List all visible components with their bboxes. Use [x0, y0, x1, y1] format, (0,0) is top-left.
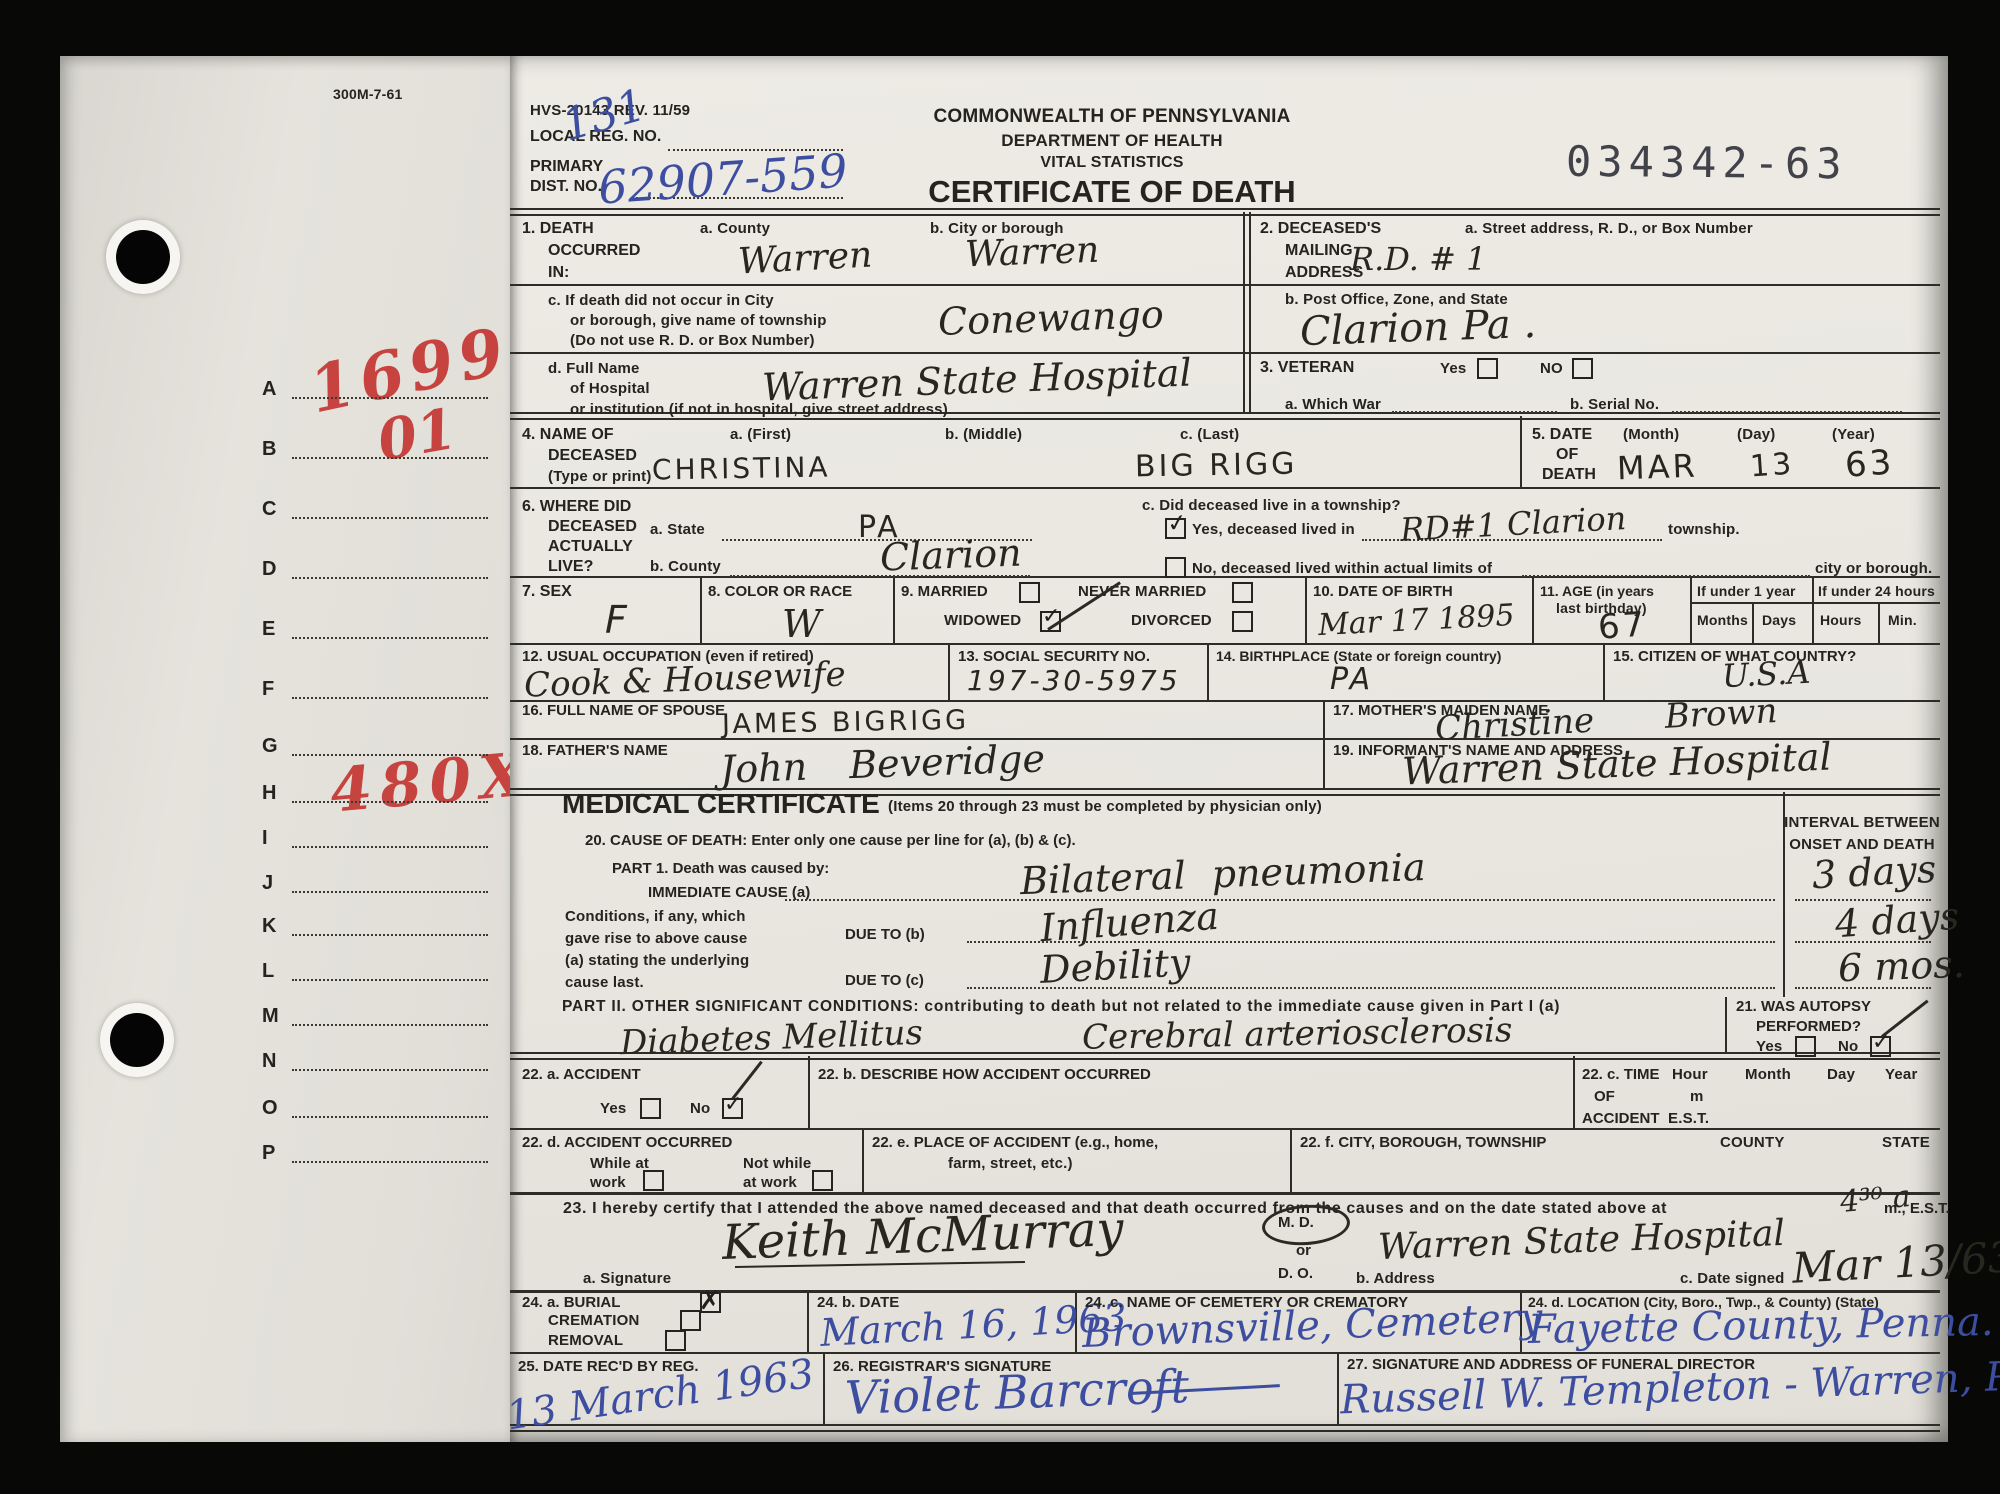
- rule: [510, 1128, 1940, 1130]
- dotted-rule: [292, 636, 488, 639]
- field-8-label: 8. COLOR OR RACE: [708, 583, 852, 600]
- margin-letter: G: [262, 735, 278, 758]
- cremation-label: CREMATION: [548, 1312, 640, 1329]
- field-1c-label: c. If death did not occur in City: [548, 292, 774, 309]
- veteran-yes-label: Yes: [1440, 360, 1466, 377]
- divorced-label: DIVORCED: [1131, 612, 1212, 629]
- vital-statistics-heading: VITAL STATISTICS: [1040, 154, 1183, 172]
- rule: [510, 284, 1940, 286]
- field-4b-label: b. (Middle): [945, 426, 1022, 443]
- rule: [510, 487, 1940, 489]
- punch-hole-bottom: [110, 1013, 164, 1067]
- field-6c-no-suffix: city or borough.: [1815, 560, 1932, 577]
- margin-letter: O: [262, 1097, 278, 1120]
- rule: [510, 1290, 1940, 1293]
- state-label: STATE: [1882, 1134, 1930, 1151]
- interval-a-value: 3 days: [1811, 847, 1937, 897]
- margin-letter: C: [262, 498, 276, 521]
- rule: [948, 643, 950, 700]
- dotted-rule: [1522, 574, 1810, 577]
- field-4-label: 4. NAME OF: [522, 426, 614, 444]
- field-1d-label-2: of Hospital: [570, 380, 650, 397]
- field-7-value: F: [605, 598, 630, 642]
- scanned-death-certificate: 300M-7-61 16999 01 480X A B C D E F G H …: [0, 0, 2000, 1494]
- margin-letter: B: [262, 438, 276, 461]
- not-while-at-work-checkbox: [812, 1170, 833, 1191]
- veteran-yes-checkbox: [1477, 358, 1498, 379]
- or-label: or: [1296, 1242, 1311, 1259]
- cause-c-value: Debility: [1039, 940, 1192, 992]
- part1-label: PART 1. Death was caused by:: [612, 860, 829, 877]
- m-label: m: [1690, 1088, 1704, 1105]
- field-5-label: 5. DATE: [1532, 426, 1592, 444]
- rule: [1207, 643, 1209, 700]
- field-2-label: 2. DECEASED'S: [1260, 220, 1381, 238]
- certificate-title: CERTIFICATE OF DEATH: [928, 174, 1295, 210]
- rule: [1812, 576, 1814, 643]
- field-6a-label: a. State: [650, 521, 705, 538]
- township-no-checkbox: [1165, 557, 1186, 578]
- rule: [893, 576, 895, 643]
- rule: [1878, 602, 1880, 643]
- divorced-checkbox: [1232, 611, 1253, 632]
- field-5-day-value: 13: [1749, 447, 1796, 485]
- field-4c-value: BIG RIGG: [1135, 447, 1298, 485]
- field-1d-label: d. Full Name: [548, 360, 640, 377]
- hours-label: Hours: [1820, 612, 1861, 628]
- dotted-rule: [292, 396, 488, 399]
- field-6c-no-label: No, deceased lived within actual limits …: [1192, 560, 1492, 577]
- veteran-no-label: NO: [1540, 360, 1563, 377]
- medical-certificate-title: MEDICAL CERTIFICATE: [562, 788, 880, 820]
- conditions-label-1: Conditions, if any, which: [565, 908, 746, 925]
- dotted-rule: [292, 753, 488, 756]
- autopsy-yes-label: Yes: [1756, 1038, 1782, 1055]
- dotted-rule: [292, 1023, 488, 1026]
- certify-suffix: m., E.S.T.: [1884, 1200, 1950, 1217]
- margin-letter: P: [262, 1142, 275, 1165]
- field-22c-of-label: OF: [1594, 1088, 1615, 1105]
- field-11-label: 11. AGE (in years: [1540, 583, 1654, 599]
- dotted-rule: [292, 456, 488, 459]
- field-4c-label: c. (Last): [1180, 426, 1239, 443]
- field-6-label: 6. WHERE DID: [522, 498, 631, 516]
- rule: [807, 1290, 809, 1352]
- while-at-work-checkbox: [643, 1170, 664, 1191]
- days-label: Days: [1762, 612, 1796, 628]
- dotted-rule: [292, 1068, 488, 1071]
- field-1b-value: Warren: [964, 230, 1100, 276]
- field-8-value: W: [782, 602, 821, 646]
- dotted-rule: [292, 890, 488, 893]
- field-2a-label: a. Street address, R. D., or Box Number: [1465, 220, 1753, 237]
- address-label: b. Address: [1356, 1270, 1435, 1287]
- punch-hole-top: [116, 230, 170, 284]
- field-22a-label: 22. a. ACCIDENT: [522, 1066, 641, 1083]
- do-label: D. O.: [1278, 1265, 1313, 1282]
- margin-letter: I: [262, 827, 268, 850]
- under-24-hours-label: If under 24 hours: [1818, 583, 1935, 599]
- margin-letter: A: [262, 378, 276, 401]
- dotted-rule: [785, 898, 1775, 901]
- due-to-b-label: DUE TO (b): [845, 926, 925, 943]
- rule: [1725, 997, 1727, 1052]
- field-2-label-2: MAILING: [1285, 242, 1353, 260]
- field-15-value: U.S.A: [1721, 653, 1811, 696]
- county-label: COUNTY: [1720, 1134, 1785, 1151]
- township-yes-tick: ✓: [1165, 508, 1189, 539]
- field-22f-label: 22. f. CITY, BOROUGH, TOWNSHIP: [1300, 1134, 1546, 1151]
- medical-certificate-subtitle: (Items 20 through 23 must be completed b…: [888, 798, 1322, 815]
- removal-label: REMOVAL: [548, 1332, 623, 1349]
- field-18-label: 18. FATHER'S NAME: [522, 742, 668, 759]
- primary-label: PRIMARY: [530, 158, 603, 176]
- never-married-checkbox: [1232, 582, 1253, 603]
- margin-letter: D: [262, 558, 276, 581]
- rule: [823, 1352, 825, 1424]
- months-label: Months: [1697, 612, 1748, 628]
- field-20-label: 20. CAUSE OF DEATH: Enter only one cause…: [585, 832, 1076, 849]
- field-5-month-label: (Month): [1623, 426, 1679, 443]
- month-label: Month: [1745, 1066, 1791, 1083]
- dotted-rule: [292, 978, 488, 981]
- hour-label: Hour: [1672, 1066, 1708, 1083]
- field-6b-value: Clarion: [879, 531, 1022, 580]
- field-10-label: 10. DATE OF BIRTH: [1313, 583, 1453, 600]
- rule: [510, 1192, 1940, 1195]
- field-16-value: JAMES BIGRIGG: [722, 705, 970, 740]
- rule: [808, 1056, 810, 1128]
- margin-letter: K: [262, 915, 276, 938]
- field-7-label: 7. SEX: [522, 583, 572, 601]
- field-1c-value: Conewango: [937, 292, 1164, 344]
- signature-label: a. Signature: [583, 1270, 671, 1287]
- field-1-label-3: IN:: [548, 264, 569, 282]
- field-14-value: PA: [1330, 662, 1373, 697]
- rule: [700, 576, 702, 643]
- field-6b-label: b. County: [650, 558, 721, 575]
- field-22b-label: 22. b. DESCRIBE HOW ACCIDENT OCCURRED: [818, 1066, 1151, 1083]
- margin-letter: F: [262, 678, 274, 701]
- field-6-label-2: DECEASED: [548, 518, 637, 536]
- field-11-value: 67: [1597, 604, 1649, 647]
- accident-yes-label: Yes: [600, 1100, 626, 1117]
- dotted-rule: [292, 1160, 488, 1163]
- work-label: work: [590, 1174, 626, 1191]
- due-to-c-label: DUE TO (c): [845, 972, 924, 989]
- field-21-label-2: PERFORMED?: [1756, 1018, 1861, 1035]
- field-22d-label: 22. d. ACCIDENT OCCURRED: [522, 1134, 732, 1151]
- field-5-day-label: (Day): [1737, 426, 1776, 443]
- field-24d-value: Fayette County, Penna.: [1528, 1299, 1994, 1353]
- rule: [1337, 1352, 1339, 1424]
- field-4-label-2: DECEASED: [548, 447, 637, 465]
- field-1c-label-2: or borough, give name of township: [570, 312, 827, 329]
- year-label: Year: [1885, 1066, 1918, 1083]
- field-4a-value: CHRISTINA: [652, 450, 831, 486]
- field-13-value: 197-30-5975: [967, 664, 1181, 697]
- autopsy-yes-checkbox: [1795, 1036, 1816, 1057]
- interval-c-value: 6 mos.: [1837, 942, 1965, 990]
- margin-letter: N: [262, 1050, 276, 1073]
- part2-value-2: Cerebral arteriosclerosis: [1082, 1010, 1513, 1058]
- rule: [510, 208, 1940, 216]
- field-6c-yes-label: Yes, deceased lived in: [1192, 521, 1355, 538]
- rule: [1305, 576, 1307, 643]
- field-1-label: 1. DEATH: [522, 220, 594, 238]
- field-4-label-3: (Type or print): [548, 468, 652, 485]
- cremation-checkbox: [680, 1310, 701, 1331]
- while-at-label: While at: [590, 1155, 649, 1172]
- rule: [1532, 576, 1534, 643]
- field-6-label-4: LIVE?: [548, 558, 593, 576]
- removal-checkbox: [665, 1330, 686, 1351]
- field-5-month-value: MAR: [1616, 447, 1698, 488]
- field-5-label-2: OF: [1556, 446, 1578, 464]
- field-6c-township-suffix: township.: [1668, 521, 1740, 538]
- field-3b-label: b. Serial No.: [1570, 396, 1659, 413]
- interval-header: INTERVAL BETWEEN: [1784, 814, 1940, 831]
- dist-no-label: DIST. NO.: [530, 178, 602, 196]
- field-5-label-3: DEATH: [1542, 466, 1596, 484]
- margin-letter: J: [262, 872, 273, 895]
- field-1a-label: a. County: [700, 220, 770, 237]
- field-5-year-label: (Year): [1832, 426, 1875, 443]
- widowed-label: WIDOWED: [944, 612, 1021, 629]
- dotted-rule: [292, 845, 488, 848]
- field-1a-value: Warren: [737, 235, 873, 283]
- field-16-label: 16. FULL NAME OF SPOUSE: [522, 702, 725, 719]
- conditions-label-2: gave rise to above cause: [565, 930, 747, 947]
- field-1c-label-3: (Do not use R. D. or Box Number): [570, 332, 815, 349]
- rule: [1243, 212, 1245, 412]
- commonwealth-heading: COMMONWEALTH OF PENNSYLVANIA: [933, 106, 1290, 128]
- field-13-label: 13. SOCIAL SECURITY NO.: [958, 648, 1150, 665]
- est-label: E.S.T.: [1668, 1110, 1709, 1127]
- dotted-rule: [292, 800, 488, 803]
- conditions-label-4: cause last.: [565, 974, 644, 991]
- rule: [1573, 1056, 1575, 1128]
- rule: [1249, 212, 1251, 412]
- margin-letter: L: [262, 960, 274, 983]
- rule: [1520, 416, 1522, 487]
- day-label: Day: [1827, 1066, 1855, 1083]
- dotted-rule: [292, 1115, 488, 1118]
- dotted-rule: [1672, 410, 1902, 413]
- margin-letter: M: [262, 1005, 279, 1028]
- field-4a-label: a. (First): [730, 426, 791, 443]
- under-1-year-label: If under 1 year: [1697, 583, 1796, 599]
- field-22e-label-2: farm, street, etc.): [948, 1155, 1073, 1172]
- min-label: Min.: [1888, 612, 1917, 628]
- rule: [1690, 576, 1692, 643]
- at-work-label: at work: [743, 1174, 797, 1191]
- rule: [1690, 602, 1940, 604]
- date-signed-label: c. Date signed: [1680, 1270, 1785, 1287]
- department-heading: DEPARTMENT OF HEALTH: [1001, 131, 1223, 151]
- autopsy-no-label: No: [1838, 1038, 1858, 1055]
- field-22e-label: 22. e. PLACE OF ACCIDENT (e.g., home,: [872, 1134, 1158, 1151]
- not-while-label: Not while: [743, 1155, 811, 1172]
- interval-b-value: 4 days: [1834, 894, 1961, 947]
- field-22c-label: 22. c. TIME: [1582, 1066, 1660, 1083]
- rule: [1323, 700, 1325, 788]
- rule: [1290, 1128, 1292, 1192]
- rule: [510, 352, 1940, 354]
- field-1-label-2: OCCURRED: [548, 242, 640, 260]
- field-21-label: 21. WAS AUTOPSY: [1736, 998, 1871, 1015]
- dotted-rule: [292, 933, 488, 936]
- veteran-no-checkbox: [1572, 358, 1593, 379]
- rule: [510, 1352, 1940, 1354]
- burial-x-mark: ✗: [699, 1286, 721, 1316]
- accident-no-label: No: [690, 1100, 710, 1117]
- rule: [1752, 602, 1754, 643]
- conditions-label-3: (a) stating the underlying: [565, 952, 749, 969]
- dotted-rule: [292, 516, 488, 519]
- margin-letter: H: [262, 782, 276, 805]
- field-24a-label: 24. a. BURIAL: [522, 1294, 620, 1311]
- married-checkbox: [1019, 582, 1040, 603]
- field-3-label: 3. VETERAN: [1260, 359, 1354, 377]
- date-signed-value: Mar 13/63: [1791, 1232, 2000, 1293]
- accident-yes-checkbox: [640, 1098, 661, 1119]
- print-code: 300M-7-61: [333, 86, 403, 102]
- dotted-rule: [292, 696, 488, 699]
- margin-letter: E: [262, 618, 275, 641]
- dotted-rule: [1392, 410, 1557, 413]
- field-9-label: 9. MARRIED: [901, 583, 988, 600]
- rule: [510, 1424, 1940, 1432]
- field-5-year-value: 63: [1844, 442, 1896, 485]
- field-6-label-3: ACTUALLY: [548, 538, 633, 556]
- field-2a-value: R.D. # 1: [1350, 240, 1486, 278]
- field-22c-accident-label: ACCIDENT: [1582, 1110, 1660, 1127]
- field-2b-value: Clarion Pa .: [1299, 301, 1537, 355]
- red-margin-number-2: 01: [373, 396, 461, 475]
- state-file-number-stamp: 034342-63: [1566, 137, 1848, 188]
- dotted-rule: [292, 576, 488, 579]
- rule: [862, 1128, 864, 1192]
- rule: [1603, 643, 1605, 700]
- rule: [510, 643, 1940, 645]
- field-3a-label: a. Which War: [1285, 396, 1381, 413]
